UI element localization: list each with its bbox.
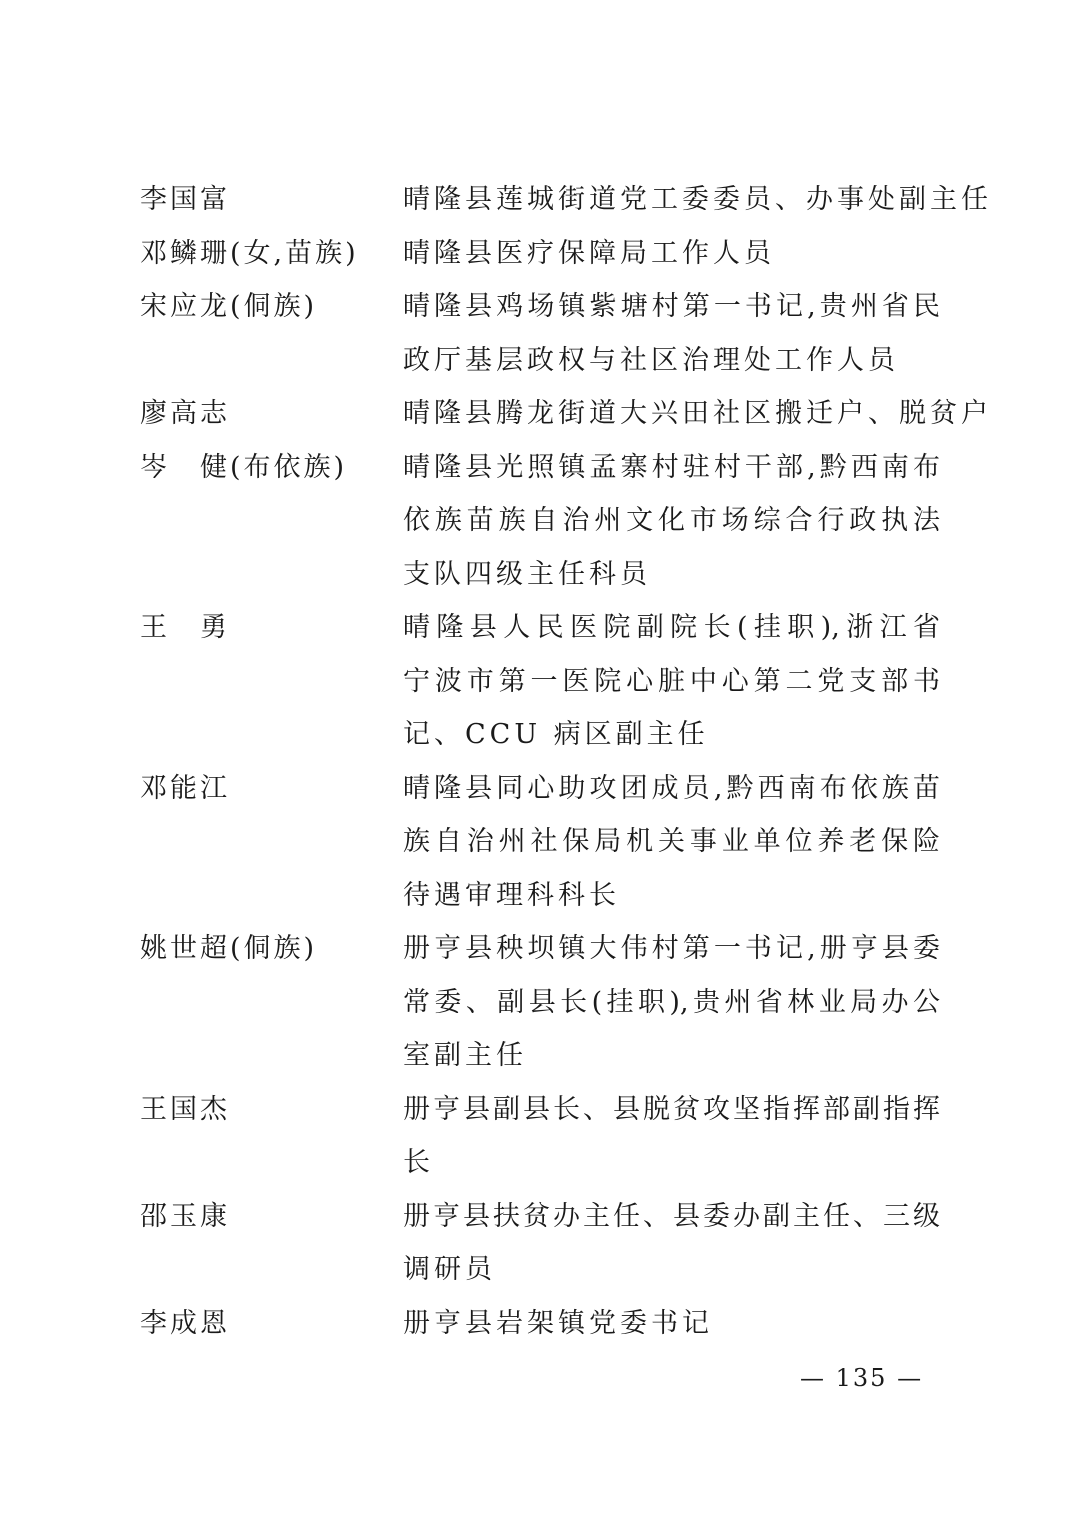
person-position: 册亨县副县长、县脱贫攻坚指挥部副指挥长 [403, 1083, 940, 1190]
person-name: 岑 健(布依族) [140, 441, 403, 602]
person-position: 册亨县扶贫办主任、县委办副主任、三级调研员 [403, 1190, 940, 1297]
person-position: 晴隆县医疗保障局工作人员 [403, 227, 940, 281]
list-item: 邓能江晴隆县同心助攻团成员,黔西南布依族苗族自治州社保局机关事业单位养老保险待遇… [140, 762, 940, 923]
position-line: 晴隆县腾龙街道大兴田社区搬迁户、脱贫户 [403, 387, 940, 441]
person-name: 李国富 [140, 173, 403, 227]
person-name: 李成恩 [140, 1297, 403, 1351]
list-item: 王国杰册亨县副县长、县脱贫攻坚指挥部副指挥长 [140, 1083, 940, 1190]
person-name: 姚世超(侗族) [140, 922, 403, 1083]
list-item: 李成恩册亨县岩架镇党委书记 [140, 1297, 940, 1351]
position-line: 晴隆县同心助攻团成员,黔西南布依族苗 [403, 762, 940, 816]
position-line: 册亨县岩架镇党委书记 [403, 1297, 940, 1351]
person-position: 册亨县秧坝镇大伟村第一书记,册亨县委常委、副县长(挂职),贵州省林业局办公室副主… [403, 922, 940, 1083]
list-item: 廖高志晴隆县腾龙街道大兴田社区搬迁户、脱贫户 [140, 387, 940, 441]
person-position: 册亨县岩架镇党委书记 [403, 1297, 940, 1351]
person-position: 晴隆县鸡场镇紫塘村第一书记,贵州省民政厅基层政权与社区治理处工作人员 [403, 280, 940, 387]
position-line: 册亨县扶贫办主任、县委办副主任、三级 [403, 1190, 940, 1244]
position-line: 晴隆县人民医院副院长(挂职),浙江省 [403, 601, 940, 655]
position-line: 依族苗族自治州文化市场综合行政执法 [403, 494, 940, 548]
person-name: 宋应龙(侗族) [140, 280, 403, 387]
person-position: 晴隆县光照镇孟寨村驻村干部,黔西南布依族苗族自治州文化市场综合行政执法支队四级主… [403, 441, 940, 602]
list-item: 岑 健(布依族)晴隆县光照镇孟寨村驻村干部,黔西南布依族苗族自治州文化市场综合行… [140, 441, 940, 602]
person-position: 晴隆县同心助攻团成员,黔西南布依族苗族自治州社保局机关事业单位养老保险待遇审理科… [403, 762, 940, 923]
position-line: 晴隆县莲城街道党工委委员、办事处副主任 [403, 173, 940, 227]
position-line: 支队四级主任科员 [403, 548, 940, 602]
person-position: 晴隆县腾龙街道大兴田社区搬迁户、脱贫户 [403, 387, 940, 441]
person-name: 邵玉康 [140, 1190, 403, 1297]
position-line: 册亨县秧坝镇大伟村第一书记,册亨县委 [403, 922, 940, 976]
document-page: 李国富晴隆县莲城街道党工委委员、办事处副主任邓鳞珊(女,苗族)晴隆县医疗保障局工… [0, 0, 1080, 1527]
position-line: 室副主任 [403, 1029, 940, 1083]
position-line: 晴隆县医疗保障局工作人员 [403, 227, 940, 281]
person-position: 晴隆县人民医院副院长(挂职),浙江省宁波市第一医院心脏中心第二党支部书记、CCU… [403, 601, 940, 762]
person-name: 王国杰 [140, 1083, 403, 1190]
list-item: 姚世超(侗族)册亨县秧坝镇大伟村第一书记,册亨县委常委、副县长(挂职),贵州省林… [140, 922, 940, 1083]
list-item: 宋应龙(侗族)晴隆县鸡场镇紫塘村第一书记,贵州省民政厅基层政权与社区治理处工作人… [140, 280, 940, 387]
person-name: 王 勇 [140, 601, 403, 762]
position-line: 宁波市第一医院心脏中心第二党支部书 [403, 655, 940, 709]
position-line: 待遇审理科科长 [403, 869, 940, 923]
list-item: 王 勇晴隆县人民医院副院长(挂职),浙江省宁波市第一医院心脏中心第二党支部书记、… [140, 601, 940, 762]
position-line: 册亨县副县长、县脱贫攻坚指挥部副指挥 [403, 1083, 940, 1137]
page-number: — 135 — [800, 1358, 923, 1398]
position-line: 记、CCU 病区副主任 [403, 708, 940, 762]
person-name: 廖高志 [140, 387, 403, 441]
list-item: 李国富晴隆县莲城街道党工委委员、办事处副主任 [140, 173, 940, 227]
position-line: 常委、副县长(挂职),贵州省林业局办公 [403, 976, 940, 1030]
position-line: 政厅基层政权与社区治理处工作人员 [403, 334, 940, 388]
position-line: 晴隆县鸡场镇紫塘村第一书记,贵州省民 [403, 280, 940, 334]
list-item: 邓鳞珊(女,苗族)晴隆县医疗保障局工作人员 [140, 227, 940, 281]
person-name: 邓鳞珊(女,苗族) [140, 227, 403, 281]
person-position: 晴隆县莲城街道党工委委员、办事处副主任 [403, 173, 940, 227]
award-list: 李国富晴隆县莲城街道党工委委员、办事处副主任邓鳞珊(女,苗族)晴隆县医疗保障局工… [140, 173, 940, 1350]
position-line: 晴隆县光照镇孟寨村驻村干部,黔西南布 [403, 441, 940, 495]
list-item: 邵玉康册亨县扶贫办主任、县委办副主任、三级调研员 [140, 1190, 940, 1297]
position-line: 长 [403, 1136, 940, 1190]
position-line: 调研员 [403, 1243, 940, 1297]
person-name: 邓能江 [140, 762, 403, 923]
position-line: 族自治州社保局机关事业单位养老保险 [403, 815, 940, 869]
